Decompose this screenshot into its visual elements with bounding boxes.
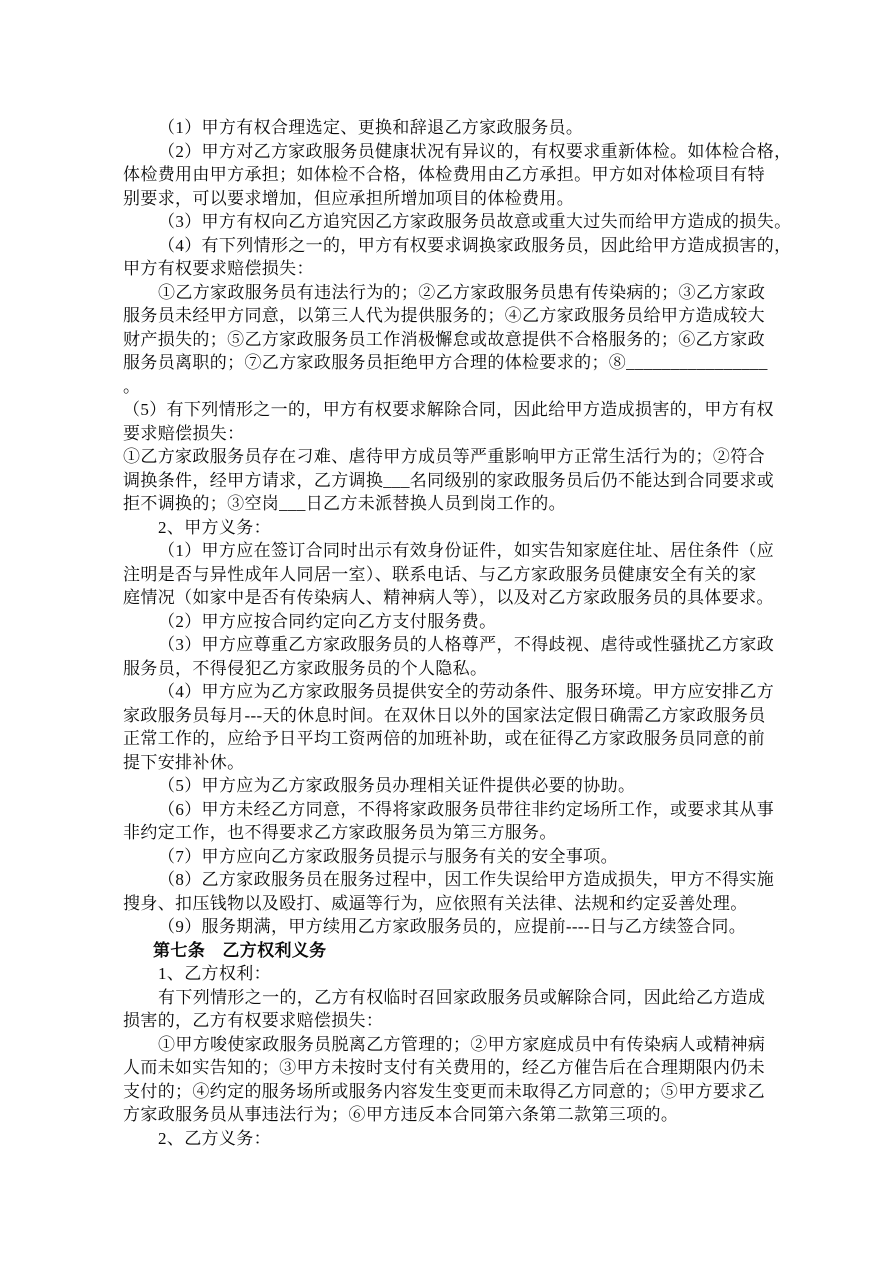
section-heading: 第七条 乙方权利义务: [123, 939, 775, 963]
text-line: 2、乙方义务：: [123, 1127, 775, 1151]
text-line: 拒不调换的；③空岗___日乙方未派替换人员到岗工作的。: [123, 492, 775, 516]
text-line: 调换条件，经甲方请求，乙方调换___名同级别的家政服务员后仍不能达到合同要求或: [123, 469, 775, 493]
text-line: 正常工作的，应给予日平均工资两倍的加班补助，或在征得乙方家政服务员同意的前: [123, 727, 775, 751]
text-line: 服务员离职的；⑦乙方家政服务员拒绝甲方合理的体检要求的；⑧___________…: [123, 351, 775, 375]
text-line: （2）甲方对乙方家政服务员健康状况有异议的，有权要求重新体检。如体检合格，: [123, 140, 775, 164]
text-line: 别要求，可以要求增加，但应承担所增加项目的体检费用。: [123, 187, 775, 211]
text-line: 家政服务员每月---天的休息时间。在双休日以外的国家法定假日确需乙方家政服务员: [123, 704, 775, 728]
text-line: 1、乙方权利：: [123, 962, 775, 986]
text-line: （7）甲方应向乙方家政服务员提示与服务有关的安全事项。: [123, 845, 775, 869]
text-line: ①甲方唆使家政服务员脱离乙方管理的；②甲方家庭成员中有传染病人或精神病: [123, 1033, 775, 1057]
text-line: 庭情况（如家中是否有传染病人、精神病人等），以及对乙方家政服务员的具体要求。: [123, 586, 775, 610]
text-line: 2、甲方义务：: [123, 516, 775, 540]
text-line: （1）甲方有权合理选定、更换和辞退乙方家政服务员。: [123, 116, 775, 140]
document-page: （1）甲方有权合理选定、更换和辞退乙方家政服务员。（2）甲方对乙方家政服务员健康…: [0, 0, 893, 1263]
text-line: 人而未如实告知的；③甲方未按时支付有关费用的，经乙方催告后在合理期限内仍未: [123, 1056, 775, 1080]
text-line: （4）甲方应为乙方家政服务员提供安全的劳动条件、服务环境。甲方应安排乙方: [123, 680, 775, 704]
text-line: （5）甲方应为乙方家政服务员办理相关证件提供必要的协助。: [123, 774, 775, 798]
text-line: 财产损失的；⑤乙方家政服务员工作消极懈怠或故意提供不合格服务的；⑥乙方家政: [123, 328, 775, 352]
text-line: ①乙方家政服务员存在刁难、虐待甲方成员等严重影响甲方正常生活行为的；②符合: [123, 445, 775, 469]
text-line: （3）甲方应尊重乙方家政服务员的人格尊严，不得歧视、虐待或性骚扰乙方家政: [123, 633, 775, 657]
text-line: 甲方有权要求赔偿损失：: [123, 257, 775, 281]
text-line: 损害的，乙方有权要求赔偿损失：: [123, 1009, 775, 1033]
document-body: （1）甲方有权合理选定、更换和辞退乙方家政服务员。（2）甲方对乙方家政服务员健康…: [123, 116, 775, 1150]
text-line: 有下列情形之一的，乙方有权临时召回家政服务员或解除合同，因此给乙方造成: [123, 986, 775, 1010]
text-line: （4）有下列情形之一的，甲方有权要求调换家政服务员，因此给甲方造成损害的，: [123, 234, 775, 258]
text-line: （2）甲方应按合同约定向乙方支付服务费。: [123, 610, 775, 634]
text-line: 。: [123, 375, 775, 399]
text-line: 服务员，不得侵犯乙方家政服务员的个人隐私。: [123, 657, 775, 681]
text-line: 体检费用由甲方承担；如体检不合格，体检费用由乙方承担。甲方如对体检项目有特: [123, 163, 775, 187]
text-line: （9）服务期满，甲方续用乙方家政服务员的，应提前----日与乙方续签合同。: [123, 915, 775, 939]
text-line: （8）乙方家政服务员在服务过程中，因工作失误给甲方造成损失，甲方不得实施: [123, 868, 775, 892]
text-line: 非约定工作，也不得要求乙方家政服务员为第三方服务。: [123, 821, 775, 845]
text-line: ①乙方家政服务员有违法行为的；②乙方家政服务员患有传染病的；③乙方家政: [123, 281, 775, 305]
text-line: 方家政服务员从事违法行为；⑥甲方违反本合同第六条第二款第三项的。: [123, 1103, 775, 1127]
text-line: （3）甲方有权向乙方追究因乙方家政服务员故意或重大过失而给甲方造成的损失。: [123, 210, 775, 234]
text-line: 支付的；④约定的服务场所或服务内容发生变更而未取得乙方同意的；⑤甲方要求乙: [123, 1080, 775, 1104]
text-line: （6）甲方未经乙方同意，不得将家政服务员带往非约定场所工作，或要求其从事: [123, 798, 775, 822]
text-line: 注明是否与异性成年人同居一室）、联系电话、与乙方家政服务员健康安全有关的家: [123, 563, 775, 587]
text-line: （1）甲方应在签订合同时出示有效身份证件，如实告知家庭住址、居住条件（应: [123, 539, 775, 563]
text-line: 要求赔偿损失：: [123, 422, 775, 446]
text-line: 搜身、扣压钱物以及殴打、威逼等行为，应依照有关法律、法规和约定妥善处理。: [123, 892, 775, 916]
text-line: 服务员未经甲方同意，以第三人代为提供服务的；④乙方家政服务员给甲方造成较大: [123, 304, 775, 328]
text-line: 提下安排补休。: [123, 751, 775, 775]
text-line: （5）有下列情形之一的，甲方有权要求解除合同，因此给甲方造成损害的，甲方有权: [123, 398, 775, 422]
